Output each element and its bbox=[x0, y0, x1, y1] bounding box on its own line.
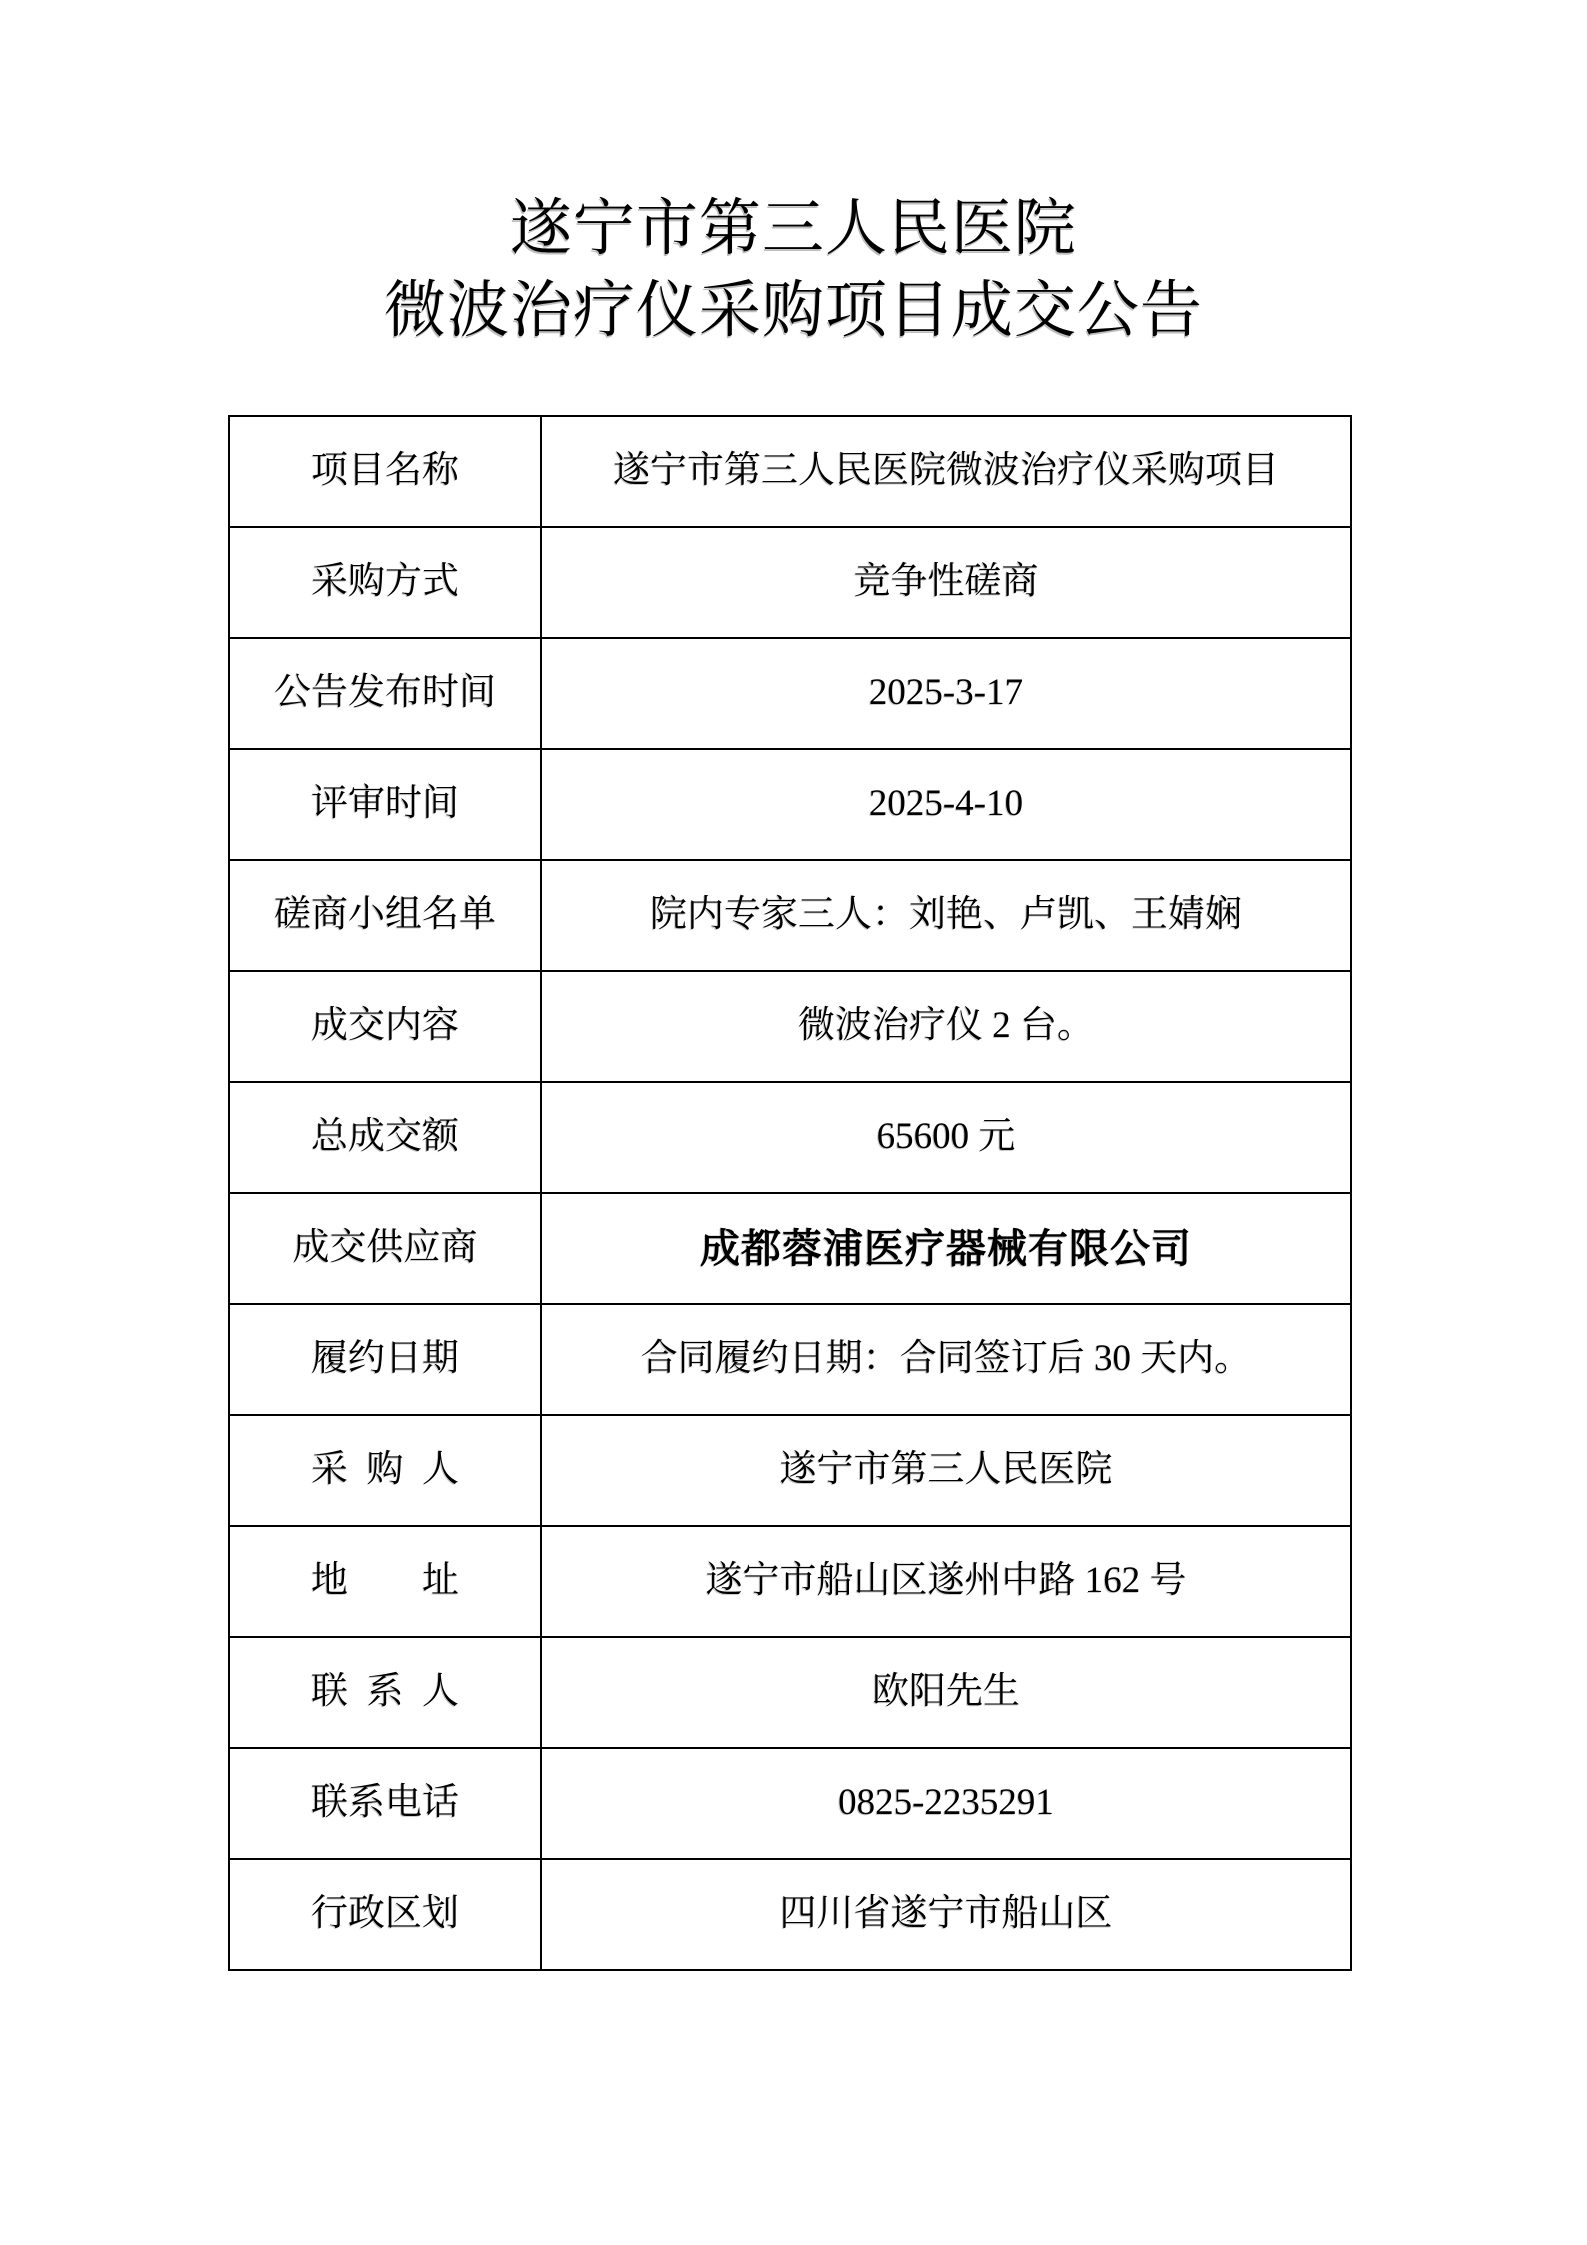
row-label: 地 址 bbox=[229, 1526, 541, 1637]
table-row: 履约日期 合同履约日期：合同签订后 30 天内。 bbox=[229, 1304, 1351, 1415]
row-label: 成交内容 bbox=[229, 971, 541, 1082]
row-label: 评审时间 bbox=[229, 749, 541, 860]
row-label: 磋商小组名单 bbox=[229, 860, 541, 971]
row-label: 项目名称 bbox=[229, 416, 541, 527]
row-value: 院内专家三人：刘艳、卢凯、王婧娴 bbox=[541, 860, 1351, 971]
row-value: 2025-4-10 bbox=[541, 749, 1351, 860]
row-label: 成交供应商 bbox=[229, 1193, 541, 1304]
row-label: 联 系 人 bbox=[229, 1637, 541, 1748]
row-label: 履约日期 bbox=[229, 1304, 541, 1415]
table-row: 总成交额 65600 元 bbox=[229, 1082, 1351, 1193]
table-row: 评审时间 2025-4-10 bbox=[229, 749, 1351, 860]
row-value: 竞争性磋商 bbox=[541, 527, 1351, 638]
title-line-2: 微波治疗仪采购项目成交公告 bbox=[0, 270, 1587, 352]
row-value: 0825-2235291 bbox=[541, 1748, 1351, 1859]
row-value: 遂宁市船山区遂州中路 162 号 bbox=[541, 1526, 1351, 1637]
row-value: 成都蓉浦医疗器械有限公司 bbox=[541, 1193, 1351, 1304]
table-row: 成交供应商 成都蓉浦医疗器械有限公司 bbox=[229, 1193, 1351, 1304]
row-value: 合同履约日期：合同签订后 30 天内。 bbox=[541, 1304, 1351, 1415]
table-row: 联系电话 0825-2235291 bbox=[229, 1748, 1351, 1859]
table-row: 行政区划 四川省遂宁市船山区 bbox=[229, 1859, 1351, 1970]
row-label: 公告发布时间 bbox=[229, 638, 541, 749]
row-label: 采 购 人 bbox=[229, 1415, 541, 1526]
table-row: 采购方式 竞争性磋商 bbox=[229, 527, 1351, 638]
row-label: 联系电话 bbox=[229, 1748, 541, 1859]
row-label: 行政区划 bbox=[229, 1859, 541, 1970]
document-title: 遂宁市第三人民医院 微波治疗仪采购项目成交公告 bbox=[0, 188, 1587, 352]
table-row: 联 系 人 欧阳先生 bbox=[229, 1637, 1351, 1748]
table-row: 地 址 遂宁市船山区遂州中路 162 号 bbox=[229, 1526, 1351, 1637]
row-value: 遂宁市第三人民医院 bbox=[541, 1415, 1351, 1526]
document-page: 遂宁市第三人民医院 微波治疗仪采购项目成交公告 项目名称 遂宁市第三人民医院微波… bbox=[0, 0, 1587, 2245]
table-row: 磋商小组名单 院内专家三人：刘艳、卢凯、王婧娴 bbox=[229, 860, 1351, 971]
announcement-table: 项目名称 遂宁市第三人民医院微波治疗仪采购项目 采购方式 竞争性磋商 公告发布时… bbox=[228, 415, 1352, 1971]
row-label: 总成交额 bbox=[229, 1082, 541, 1193]
table-row: 成交内容 微波治疗仪 2 台。 bbox=[229, 971, 1351, 1082]
row-value: 欧阳先生 bbox=[541, 1637, 1351, 1748]
row-label: 采购方式 bbox=[229, 527, 541, 638]
title-line-1: 遂宁市第三人民医院 bbox=[0, 188, 1587, 270]
table-row: 项目名称 遂宁市第三人民医院微波治疗仪采购项目 bbox=[229, 416, 1351, 527]
row-value: 微波治疗仪 2 台。 bbox=[541, 971, 1351, 1082]
row-value: 四川省遂宁市船山区 bbox=[541, 1859, 1351, 1970]
row-value: 2025-3-17 bbox=[541, 638, 1351, 749]
row-value: 遂宁市第三人民医院微波治疗仪采购项目 bbox=[541, 416, 1351, 527]
table-row: 采 购 人 遂宁市第三人民医院 bbox=[229, 1415, 1351, 1526]
row-value: 65600 元 bbox=[541, 1082, 1351, 1193]
table-row: 公告发布时间 2025-3-17 bbox=[229, 638, 1351, 749]
